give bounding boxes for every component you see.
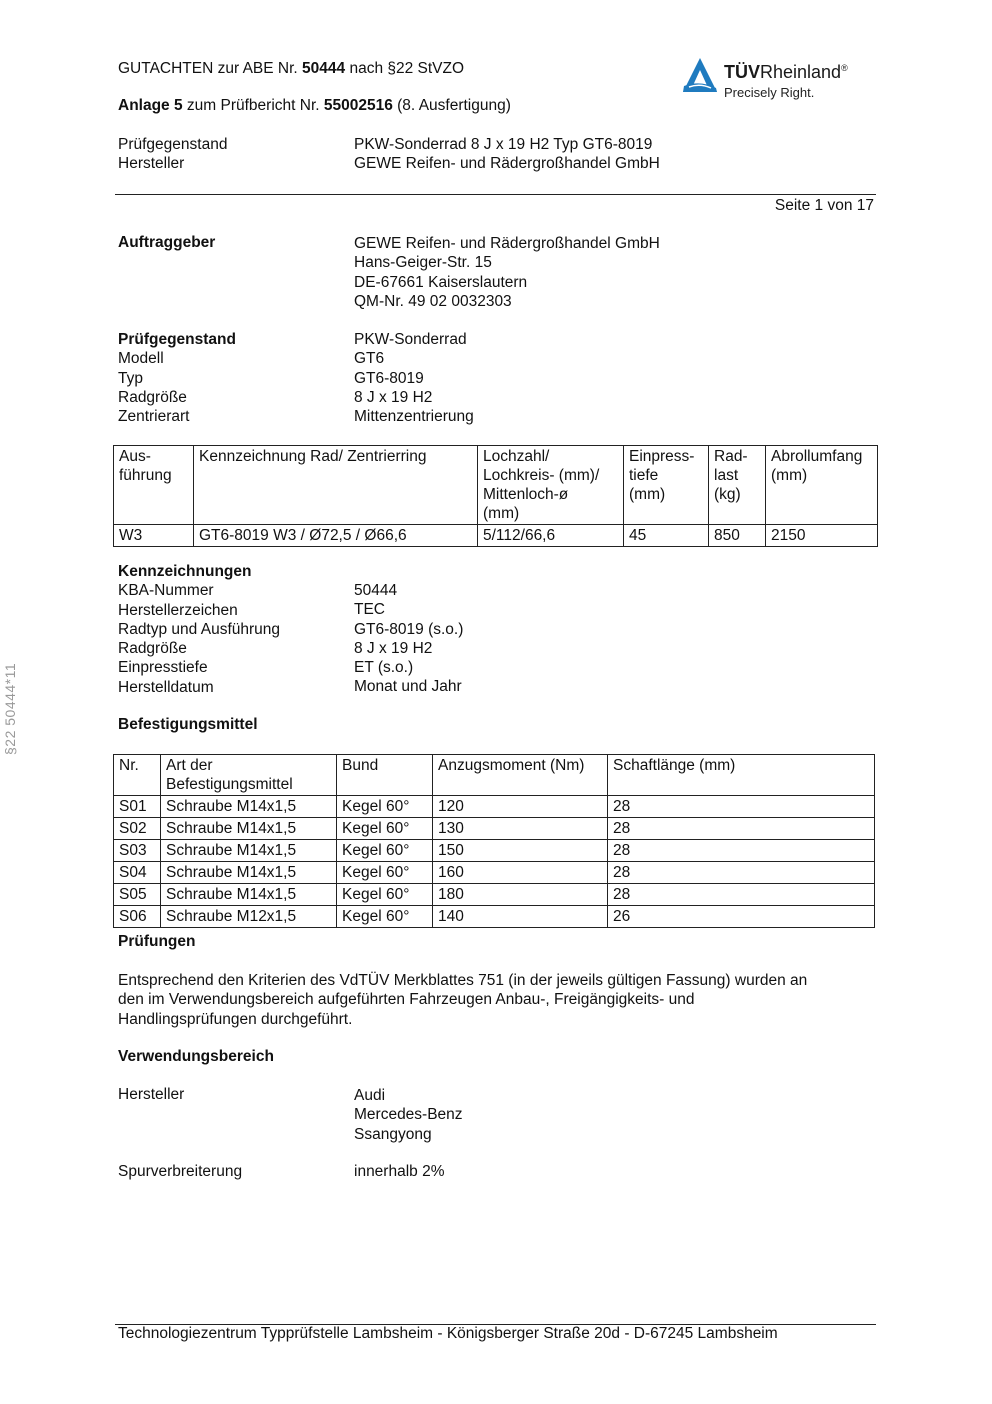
cell: 28 (608, 884, 875, 906)
marking-value: 50444 (354, 581, 463, 600)
marking-label: KBA-Nummer (118, 581, 280, 600)
model-value: GT6 (354, 349, 474, 368)
usage-maker-label: Hersteller (118, 1086, 184, 1104)
cell: 140 (433, 906, 608, 928)
header-cell: Kennzeichnung Rad/ Zentrierring (194, 446, 478, 525)
annex-label: Anlage 5 (118, 97, 183, 114)
cell: 28 (608, 840, 875, 862)
marking-label: Herstellerzeichen (118, 601, 280, 620)
cell: S06 (114, 906, 161, 928)
centering-label: Zentrierart (118, 407, 236, 426)
cell: 5/112/66,6 (478, 525, 624, 547)
marking-value: GT6-8019 (s.o.) (354, 620, 463, 639)
marking-value: 8 J x 19 H2 (354, 639, 463, 658)
header-cell: Schaftlänge (mm) (608, 755, 875, 796)
client-street: Hans-Geiger-Str. 15 (354, 253, 660, 272)
title-prefix: GUTACHTEN zur ABE Nr. (118, 60, 302, 77)
cell: Schraube M14x1,5 (161, 884, 337, 906)
annex-line: Anlage 5 zum Prüfbericht Nr. 55002516 (8… (118, 97, 511, 115)
cell: 28 (608, 862, 875, 884)
wheel-table-header: Aus-führung Kennzeichnung Rad/ Zentrierr… (114, 446, 878, 525)
cell: Kegel 60° (337, 884, 433, 906)
size-label: Radgröße (118, 388, 236, 407)
cell: Kegel 60° (337, 906, 433, 928)
cell: 180 (433, 884, 608, 906)
cell: 28 (608, 818, 875, 840)
marking-value: Monat und Jahr (354, 677, 463, 696)
cell: S02 (114, 818, 161, 840)
cell: W3 (114, 525, 194, 547)
markings-heading: Kennzeichnungen (118, 562, 280, 581)
track-label: Spurverbreiterung (118, 1163, 242, 1181)
marking-value: ET (s.o.) (354, 658, 463, 677)
table-row: S01Schraube M14x1,5Kegel 60°12028 (114, 796, 875, 818)
markings-labels: Kennzeichnungen KBA-Nummer Herstellerzei… (118, 562, 280, 697)
footer-address: Technologiezentrum Typprüfstelle Lambshe… (118, 1325, 778, 1343)
header-cell: Einpress-tiefe(mm) (624, 446, 709, 525)
fasteners-heading: Befestigungsmittel (118, 716, 258, 734)
cell: Kegel 60° (337, 818, 433, 840)
cell: 28 (608, 796, 875, 818)
cell: Kegel 60° (337, 862, 433, 884)
tuv-triangle-icon (680, 56, 720, 96)
model-label: Modell (118, 349, 236, 368)
cell: 45 (624, 525, 709, 547)
maker-value: GEWE Reifen- und Rädergroßhandel GmbH (354, 155, 660, 173)
header-cell: Anzugsmoment (Nm) (433, 755, 608, 796)
client-address: GEWE Reifen- und Rädergroßhandel GmbH Ha… (354, 234, 660, 311)
logo-tagline: Precisely Right. (724, 85, 814, 100)
maker-audi: Audi (354, 1086, 463, 1105)
cell: 130 (433, 818, 608, 840)
page-number: Seite 1 von 17 (775, 197, 874, 215)
header-divider (115, 194, 876, 195)
cell: S05 (114, 884, 161, 906)
centering-value: Mittenzentrierung (354, 407, 474, 426)
size-value: 8 J x 19 H2 (354, 388, 474, 407)
table-row: S04Schraube M14x1,5Kegel 60°16028 (114, 862, 875, 884)
tests-line: den im Verwendungsbereich aufgeführten F… (118, 990, 807, 1009)
annex-mid: zum Prüfbericht Nr. (183, 97, 324, 114)
wheel-table: Aus-führung Kennzeichnung Rad/ Zentrierr… (113, 445, 878, 547)
fasteners-table-header: Nr. Art derBefestigungsmittel Bund Anzug… (114, 755, 875, 796)
header-cell: Art derBefestigungsmittel (161, 755, 337, 796)
title-suffix: nach §22 StVZO (345, 60, 464, 77)
cell: Schraube M12x1,5 (161, 906, 337, 928)
test-object-values: PKW-Sonderrad GT6 GT6-8019 8 J x 19 H2 M… (354, 330, 474, 426)
marking-value: TEC (354, 600, 463, 619)
client-qm: QM-Nr. 49 02 0032303 (354, 292, 660, 311)
client-label: Auftraggeber (118, 234, 215, 252)
client-city: DE-67661 Kaiserslautern (354, 273, 660, 292)
cell: Kegel 60° (337, 796, 433, 818)
cell: 160 (433, 862, 608, 884)
marking-label: Radgröße (118, 639, 280, 658)
table-row: W3 GT6-8019 W3 / Ø72,5 / Ø66,6 5/112/66,… (114, 525, 878, 547)
header-cell: Rad-last(kg) (709, 446, 766, 525)
abe-number: 50444 (302, 60, 345, 77)
client-name: GEWE Reifen- und Rädergroßhandel GmbH (354, 234, 660, 253)
side-stamp: §22 50444*11 (2, 663, 18, 755)
cell: Schraube M14x1,5 (161, 796, 337, 818)
header-cell: Aus-führung (114, 446, 194, 525)
table-row: S02Schraube M14x1,5Kegel 60°13028 (114, 818, 875, 840)
report-number: 55002516 (324, 97, 393, 114)
report-title: GUTACHTEN zur ABE Nr. 50444 nach §22 StV… (118, 60, 464, 78)
test-object-heading: Prüfgegenstand (118, 330, 236, 349)
cell: Schraube M14x1,5 (161, 840, 337, 862)
maker-mercedes: Mercedes-Benz (354, 1105, 463, 1124)
cell: Schraube M14x1,5 (161, 818, 337, 840)
type-label: Typ (118, 369, 236, 388)
cell: Kegel 60° (337, 840, 433, 862)
tests-line: Entsprechend den Kriterien des VdTÜV Mer… (118, 971, 807, 990)
type-value: GT6-8019 (354, 369, 474, 388)
track-value: innerhalb 2% (354, 1163, 444, 1181)
cell: 26 (608, 906, 875, 928)
table-row: S03Schraube M14x1,5Kegel 60°15028 (114, 840, 875, 862)
tests-paragraph: Entsprechend den Kriterien des VdTÜV Mer… (118, 971, 807, 1029)
tests-heading: Prüfungen (118, 933, 196, 951)
cell: S01 (114, 796, 161, 818)
test-object-labels: Prüfgegenstand Modell Typ Radgröße Zentr… (118, 330, 236, 426)
usage-makers: Audi Mercedes-Benz Ssangyong (354, 1086, 463, 1144)
header-cell: Bund (337, 755, 433, 796)
tests-line: Handlingsprüfungen durchgeführt. (118, 1010, 807, 1029)
cell: S03 (114, 840, 161, 862)
header-cell: Abrollumfang(mm) (766, 446, 878, 525)
maker-label: Hersteller (118, 155, 184, 173)
marking-label: Radtyp und Ausführung (118, 620, 280, 639)
cell: S04 (114, 862, 161, 884)
table-row: S05Schraube M14x1,5Kegel 60°18028 (114, 884, 875, 906)
logo-brand: TÜVRheinland® (724, 62, 848, 83)
table-row: S06Schraube M12x1,5Kegel 60°14026 (114, 906, 875, 928)
maker-ssangyong: Ssangyong (354, 1125, 463, 1144)
cell: Schraube M14x1,5 (161, 862, 337, 884)
marking-label: Einpresstiefe (118, 658, 280, 677)
markings-values: 50444 TEC GT6-8019 (s.o.) 8 J x 19 H2 ET… (354, 581, 463, 697)
marking-label: Herstelldatum (118, 678, 280, 697)
cell: 850 (709, 525, 766, 547)
test-object-value: PKW-Sonderrad (354, 330, 474, 349)
fasteners-table: Nr. Art derBefestigungsmittel Bund Anzug… (113, 754, 875, 928)
cell: GT6-8019 W3 / Ø72,5 / Ø66,6 (194, 525, 478, 547)
cell: 2150 (766, 525, 878, 547)
header-cell: Nr. (114, 755, 161, 796)
cell: 150 (433, 840, 608, 862)
cell: 120 (433, 796, 608, 818)
subject-label: Prüfgegenstand (118, 136, 227, 154)
annex-suffix: (8. Ausfertigung) (393, 97, 511, 114)
subject-value: PKW-Sonderrad 8 J x 19 H2 Typ GT6-8019 (354, 136, 652, 154)
header-cell: Lochzahl/Lochkreis- (mm)/Mittenloch-ø(mm… (478, 446, 624, 525)
usage-heading: Verwendungsbereich (118, 1048, 274, 1066)
tuv-logo: TÜVRheinland® Precisely Right. (680, 54, 880, 104)
